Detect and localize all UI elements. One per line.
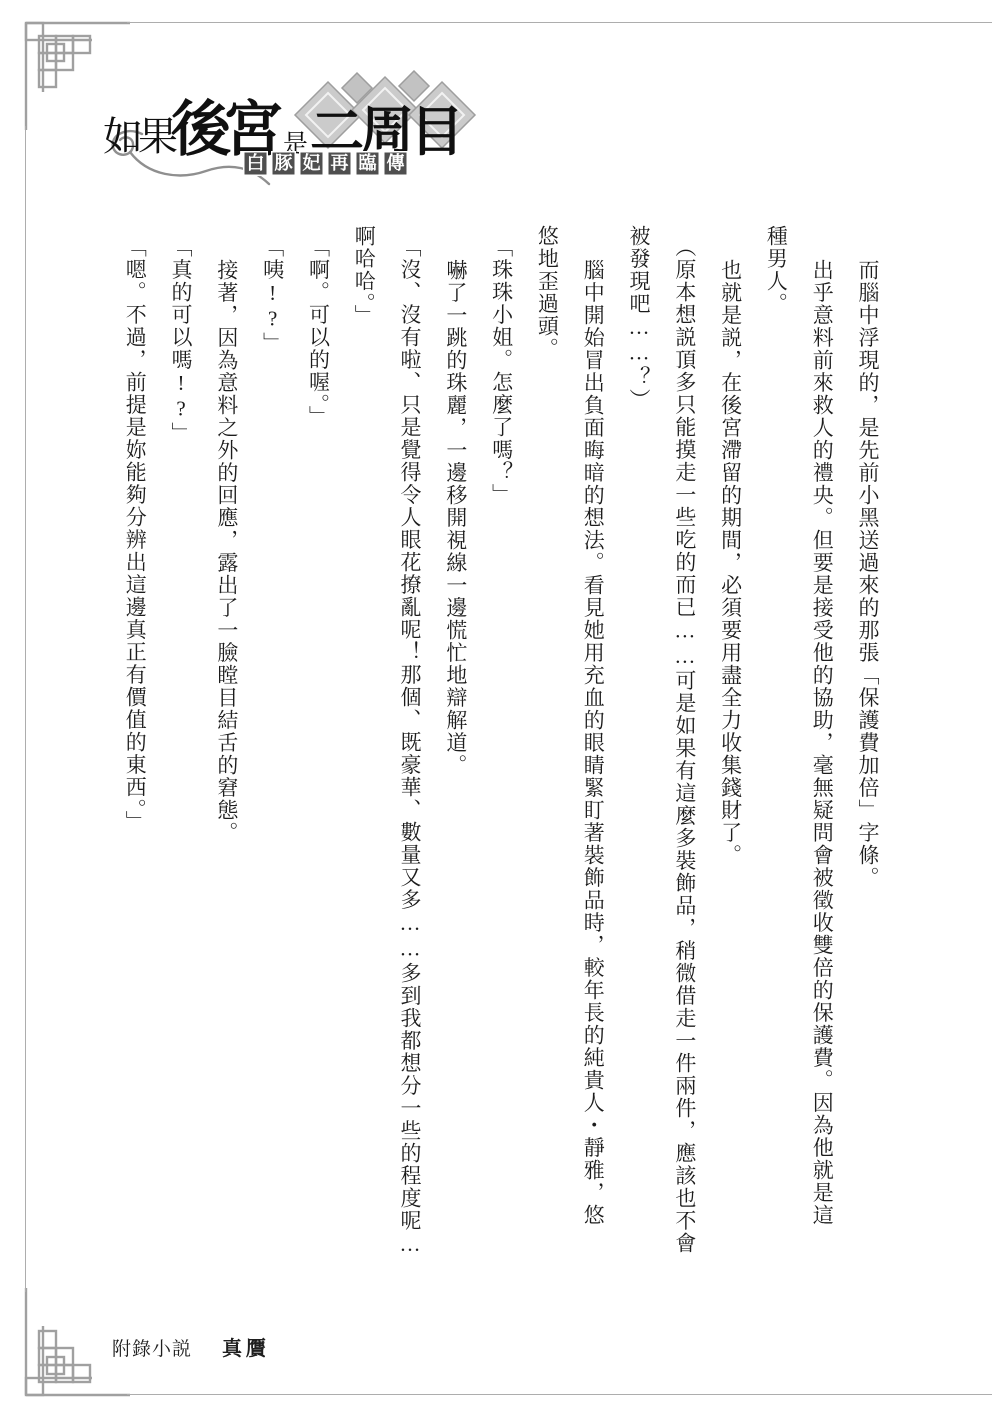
frame-line-left (25, 126, 26, 1292)
subtitle-character-box: 妃 (299, 151, 324, 176)
text-column: 「沒、沒有啦、只是覺得令人眼花撩亂呢！那個、既豪華、數量又多……多到我都想分一些… (386, 225, 432, 1307)
text-column: 腦中開始冒出負面晦暗的想法。看見她用充血的眼睛緊盯著裝飾品時，較年長的純貴人・靜… (569, 225, 615, 1307)
text-column: 「真的可以嗎!?」 (157, 225, 203, 1307)
text-column: 「咦!?」 (249, 225, 295, 1307)
story-title: 真贋 (222, 1332, 270, 1361)
subtitle-character-box: 白 (243, 151, 268, 176)
subtitle-character-box: 再 (327, 151, 352, 176)
appendix-label: 附錄小説 (112, 1334, 192, 1361)
text-column: 出乎意料前來救人的禮央。但要是接受他的協助，毫無疑問會被徵收雙倍的保護費。因為他… (798, 225, 844, 1307)
text-column: 接著，因為意料之外的回應，露出了一臉瞠目結舌的窘態。 (203, 225, 249, 1307)
text-column: （原本想説頂多只能摸走一些吃的而已……可是如果有這麼多裝飾品，稍微借走一件兩件，… (661, 225, 707, 1307)
subtitle-character-box: 豚 (271, 151, 296, 176)
corner-fret-ornament-bottom-left-icon (0, 1288, 130, 1418)
text-column: 也就是説，在後宮滯留的期間，必須要用盡全力收集錢財了。 (707, 225, 753, 1307)
page-footer: 附錄小説 真贋 (112, 1332, 270, 1361)
subtitle-character-box: 臨 (355, 151, 380, 176)
text-column: 種男人。 (753, 225, 799, 1307)
text-column: 嚇了一跳的珠麗，一邊移開視線一邊慌忙地辯解道。 (432, 225, 478, 1307)
text-column: 啊哈哈。」 (340, 225, 386, 1307)
text-column: 悠地歪過頭。 (524, 225, 570, 1307)
text-column: 「啊。可以的喔。」 (295, 225, 341, 1307)
text-column: 而腦中浮現的，是先前小黑送過來的那張「保護費加倍」字條。 (844, 225, 890, 1307)
frame-line-bottom (127, 1394, 992, 1395)
series-logo-subtitle: 白豚妃再臨傳 (243, 151, 408, 176)
novel-text-block: 而腦中浮現的，是先前小黑送過來的那張「保護費加倍」字條。出乎意料前來救人的禮央。… (111, 225, 890, 1307)
subtitle-character-box: 傳 (383, 151, 408, 176)
text-column: 「嗯。不過，前提是妳能夠分辨出這邊真正有價值的東西。」 (111, 225, 157, 1307)
book-page: 如果 後宮 是 二周目 白豚妃再臨傳 而腦中浮現的，是先前小黑送過來的那張「保護… (0, 0, 1000, 1418)
logo-title-part-1: 如果 (103, 105, 173, 162)
text-column: 「珠珠小姐。怎麼了嗎？」 (478, 225, 524, 1307)
text-column: 被發現吧……？） (615, 225, 661, 1307)
frame-line-top (127, 22, 992, 23)
